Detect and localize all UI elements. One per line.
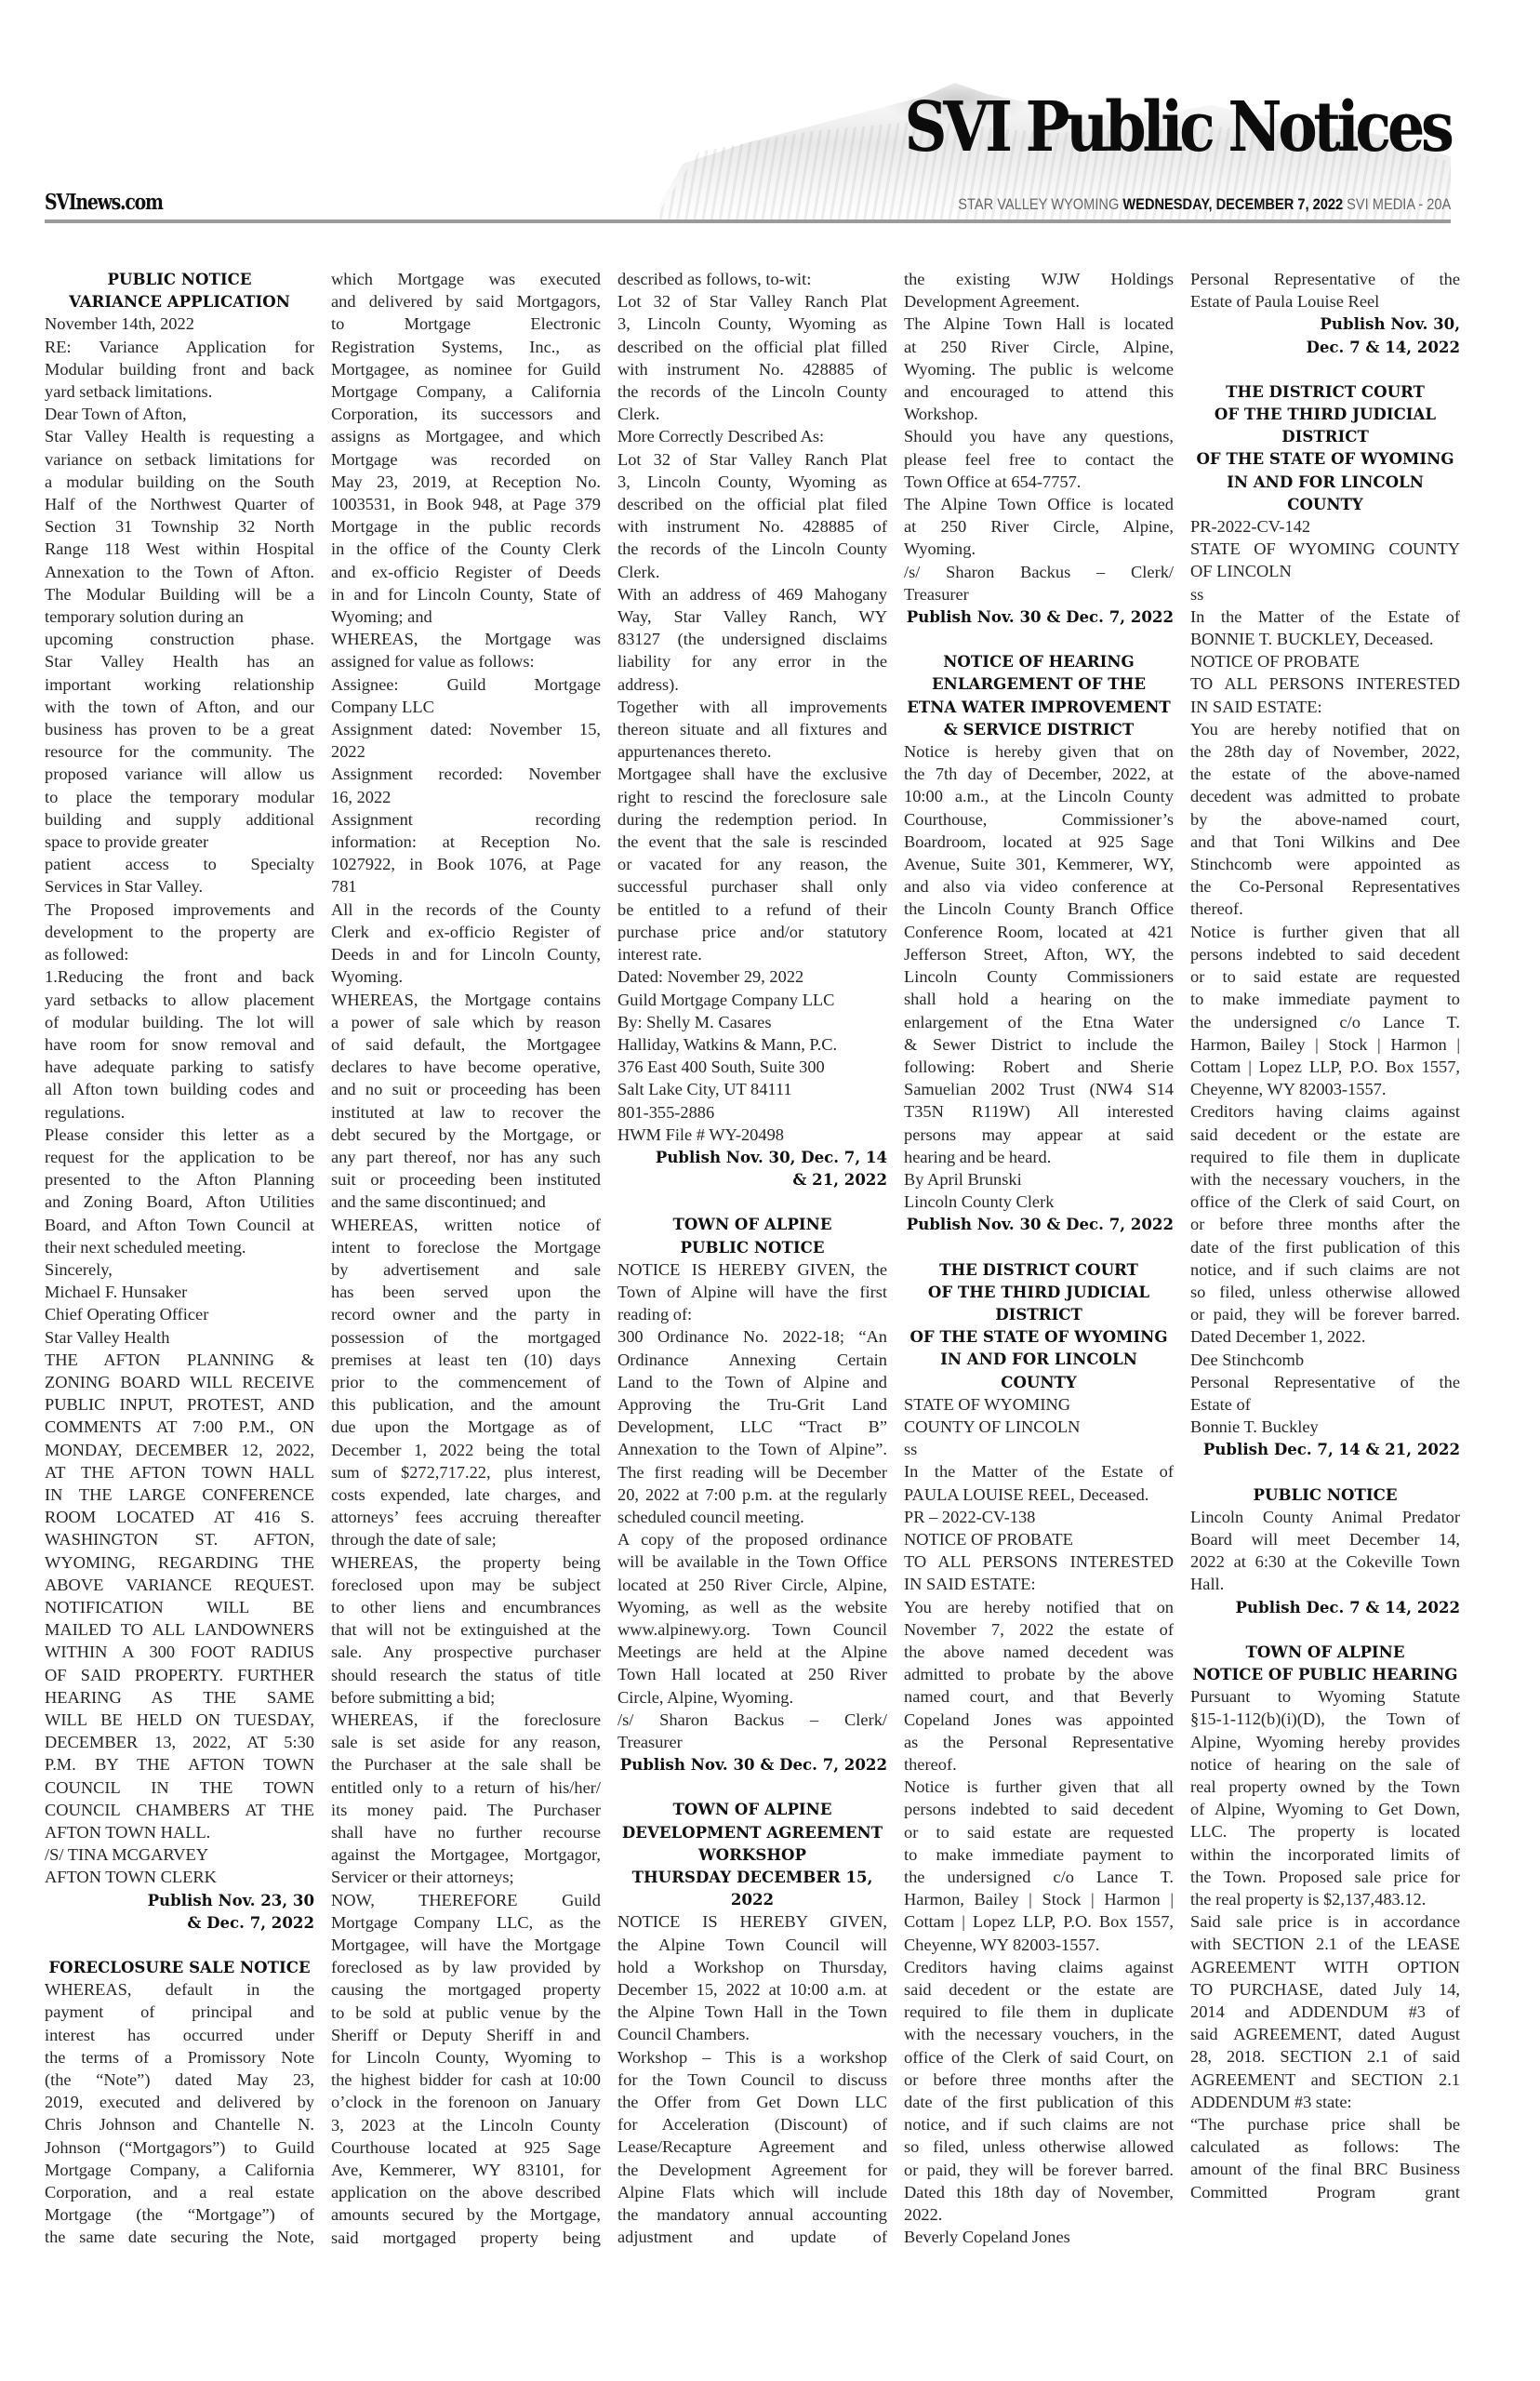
text-line: required to file them in duplicate [1190,1146,1460,1168]
text-line: date of the first publication of this [1190,1236,1460,1258]
notice-heading: PUBLIC NOTICE [1190,1483,1460,1506]
publish-line: Publish Nov. 30 & Dec. 7, 2022 [904,1213,1174,1235]
text-line: ss [904,1438,1174,1460]
text-line: the Purchaser at the sale shall be [331,1753,601,1776]
text-line: the real property is $2,137,483.12. [1190,1888,1460,1910]
text-line: Modular building front and back [45,358,314,380]
text-line: thereon situate and all fixtures and [617,718,887,740]
text-line: space to provide greater [45,831,314,853]
text-line: the 28th day of November, 2022, [1190,740,1460,763]
text-line: IN SAID ESTATE: [1190,696,1460,718]
text-line: “The purchase price shall be [1190,2113,1460,2135]
text-line: Lincoln County Animal Predator [1190,1506,1460,1528]
text-line: WHEREAS, default in the [45,1978,314,2001]
text-line: Said sale price is in accordance [1190,1910,1460,1933]
column-3: described as follows, to-wit:Lot 32 of S… [617,268,887,2248]
publish-dates: Publish Nov. 30, Dec. 7, 14& 21, 2022 [617,1146,887,1190]
text-line: and also via video conference at [904,875,1174,898]
notice-separator [1190,1618,1460,1641]
text-line: will be available in the Town Office [617,1550,887,1573]
masthead: SVI Public Notices SVInews.com STAR VALL… [0,0,1540,233]
text-line: MAILED TO ALL LANDOWNERS [45,1618,314,1641]
text-line: The first reading will be December [617,1461,887,1483]
text-line: Pursuant to Wyoming Statute [1190,1685,1460,1708]
text-line: within the incorporated limits of [1190,1843,1460,1866]
text-line: 28, 2018. SECTION 2.1 of said [1190,2045,1460,2068]
text-line: Development Agreement. [904,290,1174,313]
text-line: May 23, 2019, at Reception No. [331,471,601,493]
text-line: to place the temporary modular [45,786,314,808]
text-line: Courthouse located at 925 Sage [331,2136,601,2159]
publish-line: Publish Nov. 30 & Dec. 7, 2022 [617,1753,887,1776]
text-line: Range 118 West within Hospital [45,538,314,560]
text-line: Harmon, Bailey | Stock | Harmon | [904,1888,1174,1910]
text-line: the existing WJW Holdings [904,268,1174,290]
text-line: 20, 2022 at 7:00 p.m. at the regularly [617,1483,887,1506]
text-line: NOTICE OF PROBATE [904,1528,1174,1550]
column-4: the existing WJW HoldingsDevelopment Agr… [904,268,1174,2248]
heading-line: DEVELOPMENT AGREEMENT [617,1821,887,1843]
text-line: premises at least ten (10) days [331,1349,601,1371]
text-line: AGREEMENT WITH OPTION [1190,1956,1460,1978]
text-line: In the Matter of the Estate of [904,1460,1174,1483]
text-line: Dated: November 29, 2022 [617,965,887,988]
text-line: Company LLC [331,696,601,718]
publish-dates: Publish Nov. 23, 30& Dec. 7, 2022 [45,1889,314,1934]
text-line: Wyoming. The public is welcome [904,358,1174,380]
text-line: Mortgage Company, a California [331,380,601,403]
text-line: amounts secured by the Mortgage, [331,2203,601,2226]
text-line: (the “Note”) dated May 23, [45,2068,314,2091]
text-line: Chief Operating Officer [45,1303,314,1325]
heading-line: DISTRICT [1190,425,1460,447]
text-line: Cheyenne, WY 82003-1557. [1190,1078,1460,1100]
text-line: You are hereby notified that on [904,1596,1174,1618]
text-line: STATE OF WYOMING [904,1393,1174,1416]
text-line: with instrument No. 428885 of [617,515,887,538]
text-line: 3, 2023 at the Lincoln County [331,2114,601,2136]
text-line: the Alpine Town Hall in the Town [617,2001,887,2023]
text-line: or to said estate are requested [1190,965,1460,988]
text-line: November 14th, 2022 [45,313,314,335]
heading-line: IN AND FOR LINCOLN [904,1348,1174,1370]
text-line: OF LINCOLN [1190,560,1460,582]
text-line: Notice is further given that all [904,1776,1174,1798]
text-line: NOW, THEREFORE Guild [331,1889,601,1911]
text-line: right to rescind the foreclosure sale [617,786,887,808]
notice-body: Notice is hereby given that onthe 7th da… [904,740,1174,1213]
text-line: to make immediate payment to [904,1843,1174,1866]
publish-dates: Publish Dec. 7, 14 & 21, 2022 [1190,1438,1460,1460]
text-line: PAULA LOUISE REEL, Deceased. [904,1483,1174,1506]
text-line: Approving the Tru-Grit Land [617,1393,887,1416]
text-line: 300 Ordinance No. 2022-18; “An [617,1325,887,1348]
text-line: WITHIN A 300 FOOT RADIUS [45,1641,314,1663]
text-line: Treasurer [904,583,1174,605]
text-line: the undersigned c/o Lance T. [1190,1011,1460,1033]
text-line: required to file them in duplicate [904,2001,1174,2023]
text-line: OF SAID PROPERTY. FURTHER [45,1664,314,1686]
text-line: Committed Program grant [1190,2181,1460,2203]
text-line: and the same discontinued; and [331,1190,601,1213]
text-line: Wyoming; and [331,605,601,628]
text-line: Estate of [1190,1393,1460,1416]
text-line: interest rate. [617,943,887,965]
text-line: PR-2022-CV-142 [1190,515,1460,538]
text-line: the estate of the above-named [1190,763,1460,785]
text-line: STATE OF WYOMING COUNTY [1190,538,1460,560]
text-line: 3, Lincoln County, Wyoming as [617,471,887,493]
text-line: IN SAID ESTATE: [904,1573,1174,1595]
text-line: which Mortgage was executed [331,268,601,290]
text-line: with instrument No. 428885 of [617,358,887,380]
text-line: Board, and Afton Town Council at [45,1214,314,1236]
text-line: of modular building. The lot will [45,1011,314,1033]
text-line: Boardroom, located at 925 Sage [904,831,1174,853]
text-line: purchase price and/or statutory [617,921,887,943]
publish-dates: Publish Nov. 30 & Dec. 7, 2022 [904,605,1174,628]
dateline-date: WEDNESDAY, DECEMBER 7, 2022 [1122,195,1343,213]
notice-body: STATE OF WYOMINGCOUNTY OF LINCOLNssIn th… [904,1393,1174,2249]
text-line: Mortgage Company, a California [45,2159,314,2181]
heading-line: TOWN OF ALPINE [1190,1641,1460,1663]
text-line: Sheriff or Deputy Sheriff in and [331,2024,601,2046]
text-line: amount of the final BRC Business [1190,2158,1460,2180]
text-line: 1.Reducing the front and back [45,965,314,988]
text-line: Section 31 Township 32 North [45,515,314,538]
notices-columns: PUBLIC NOTICEVARIANCE APPLICATIONNovembe… [45,268,1462,2361]
heading-line: OF THE THIRD JUDICIAL [1190,403,1460,425]
text-line: notice, and if such claims are not [1190,1258,1460,1281]
text-line: /S/ TINA MCGARVEY [45,1843,314,1866]
text-line: NOTICE IS HEREBY GIVEN, [617,1910,887,1933]
heading-line: NOTICE OF PUBLIC HEARING [1190,1663,1460,1685]
text-line: by the above-named court, [1190,808,1460,831]
text-line: Servicer or their attorneys; [331,1866,601,1888]
heading-line: NOTICE OF HEARING [904,650,1174,672]
text-line: Wyoming, as well as the website [617,1596,887,1618]
text-line: of said default, the Mortgagee [331,1033,601,1056]
text-line: the mandatory annual accounting [617,2203,887,2226]
text-line: AFTON TOWN HALL. [45,1821,314,1843]
text-line: Half of the Northwest Quarter of [45,493,314,515]
text-line: date of the first publication of this [904,2091,1174,2113]
text-line: so filed, unless otherwise allowed [1190,1281,1460,1303]
text-line: With an address of 469 Mahogany [617,583,887,605]
text-line: development to the property are [45,921,314,943]
heading-line: THE DISTRICT COURT [1190,380,1460,403]
text-line: and Zoning Board, Afton Utilities [45,1190,314,1213]
text-line: WHEREAS, written notice of [331,1214,601,1236]
text-line: shall have no further recourse [331,1821,601,1843]
text-line: information: at Reception No. [331,831,601,853]
text-line: 2019, executed and delivered by [45,2091,314,2113]
text-line: Deeds in and for Lincoln County, [331,943,601,965]
notice-heading: THE DISTRICT COURTOF THE THIRD JUDICIALD… [1190,380,1460,515]
text-line: TO ALL PERSONS INTERESTED [1190,672,1460,695]
text-line: with the necessary vouchers, in the [904,2023,1174,2045]
text-line: Harmon, Bailey | Stock | Harmon | [1190,1033,1460,1056]
text-line: liability for any error in the [617,650,887,672]
text-line: office of the Clerk of said Court, on [1190,1190,1460,1213]
heading-line: TOWN OF ALPINE [617,1213,887,1235]
text-line: costs expended, late charges, and [331,1483,601,1506]
text-line: 376 East 400 South, Suite 300 [617,1056,887,1078]
text-line: 10:00 a.m., at the Lincoln County [904,785,1174,807]
text-line: Council Chambers. [617,2023,887,2045]
text-line: More Correctly Described As: [617,425,887,447]
text-line: WHEREAS, the Mortgage contains [331,989,601,1011]
heading-line: COUNTY [1190,493,1460,515]
text-line: 16, 2022 [331,786,601,808]
text-line: Courthouse, Commissioner’s [904,808,1174,831]
heading-line: & SERVICE DISTRICT [904,718,1174,740]
text-line: December 1, 2022 being the total [331,1439,601,1461]
text-line: request for the application to be [45,1146,314,1168]
heading-line: PUBLIC NOTICE [1190,1483,1460,1506]
heading-line: VARIANCE APPLICATION [45,290,314,313]
text-line: Meetings are held at the Alpine [617,1641,887,1663]
heading-line: FORECLOSURE SALE NOTICE [45,1956,314,1978]
text-line: and no suit or proceeding has been [331,1078,601,1100]
text-line: A copy of the proposed ordinance [617,1528,887,1550]
text-line: Mortgage (the “Mortgage”) of [45,2203,314,2226]
text-line: 1027922, in Book 1076, at Page [331,853,601,875]
text-line: or before three months after the [1190,1213,1460,1235]
text-line: BONNIE T. BUCKLEY, Deceased. [1190,628,1460,650]
text-line: and delivered by said Mortgagors, [331,290,601,313]
heading-line: IN AND FOR LINCOLN [1190,471,1460,493]
text-line: Clerk and ex-officio Register of [331,921,601,943]
notice-body: Pursuant to Wyoming Statute§15-1-112(b)(… [1190,1685,1460,2203]
text-line: the Development Agreement for [617,2159,887,2181]
text-line: Ordinance Annexing Certain [617,1349,887,1371]
text-line: PUBLIC INPUT, PROTEST, AND [45,1393,314,1416]
text-line: address). [617,673,887,696]
text-line: any part thereof, nor has any such [331,1146,601,1168]
text-line: T35N R119W) All interested [904,1100,1174,1123]
text-line: named court, and that Beverly [904,1685,1174,1708]
text-line: the records of the Lincoln County [617,380,887,403]
dateline-location: STAR VALLEY WYOMING [958,195,1122,213]
text-line: Wyoming. [904,538,1174,560]
text-line: causing the mortgaged property [331,1978,601,2001]
notice-heading: FORECLOSURE SALE NOTICE [45,1956,314,1978]
text-line: or vacated for any reason, the [617,853,887,875]
text-line: the 7th day of December, 2022, at [904,763,1174,785]
text-line: shall hold a hearing on the [904,988,1174,1010]
text-line: Workshop. [904,403,1174,425]
text-line: ABOVE VARIANCE REQUEST. [45,1574,314,1596]
text-line: the Offer from Get Down LLC [617,2091,887,2113]
text-line: ss [1190,583,1460,605]
text-line: a power of sale which by reason [331,1011,601,1033]
text-line: to make immediate payment to [1190,988,1460,1010]
publish-line: Dec. 7 & 14, 2022 [1190,336,1460,358]
text-line: Together with all improvements [617,696,887,718]
text-line: has been served upon the [331,1281,601,1303]
text-line: MONDAY, DECEMBER 12, 2022, [45,1439,314,1461]
text-line: Mortgagee, will have the Mortgage [331,1934,601,1956]
text-line: Wyoming. [331,965,601,988]
text-line: the Lincoln County Branch Office [904,898,1174,920]
text-line: Board will meet December 14, [1190,1528,1460,1550]
text-line: so filed, unless otherwise allowed [904,2135,1174,2158]
heading-line: WORKSHOP [617,1843,887,1866]
text-line: the Alpine Town Council will [617,1934,887,1956]
text-line: Mortgage was recorded on [331,448,601,471]
text-line: in and for Lincoln County, State of [331,583,601,605]
text-line: WHEREAS, the property being [331,1551,601,1574]
text-line: or paid, they will be forever barred. [904,2159,1174,2181]
text-line: to be sold at public venue by the [331,2002,601,2024]
publish-line: & 21, 2022 [617,1168,887,1190]
text-line: to Mortgage Electronic [331,313,601,335]
notice-body: WHEREAS, default in thepayment of princi… [45,1978,314,2248]
text-line: TO ALL PERSONS INTERESTED [904,1550,1174,1573]
text-line: Treasurer [617,1731,887,1753]
text-line: reading of: [617,1303,887,1325]
text-line: Way, Star Valley Ranch, WY [617,605,887,628]
header-rule [45,219,1451,223]
text-line: persons indebted to said decedent [904,1798,1174,1820]
text-line: 801-355-2886 [617,1101,887,1124]
text-line: at 250 River Circle, Alpine, [904,336,1174,358]
text-line: Town of Alpine will have the first [617,1281,887,1303]
text-line: temporary solution during an [45,605,314,628]
text-line: WYOMING, REGARDING THE [45,1551,314,1574]
publish-dates: Publish Nov. 30 & Dec. 7, 2022 [617,1753,887,1776]
text-line: 781 [331,875,601,898]
notice-body: Personal Representative of theEstate of … [1190,268,1460,313]
heading-line: THURSDAY DECEMBER 15, [617,1866,887,1888]
notice-body: described as follows, to-wit:Lot 32 of S… [617,268,887,1146]
heading-line: OF THE THIRD JUDICIAL [904,1281,1174,1303]
text-line: Assignment dated: November 15, [331,718,601,740]
text-line: said decedent or the estate are [904,1978,1174,2001]
text-line: & Sewer District to include the [904,1033,1174,1056]
text-line: The Alpine Town Office is located [904,493,1174,515]
notice-separator [1190,358,1460,380]
publish-dates: Publish Nov. 30,Dec. 7 & 14, 2022 [1190,313,1460,357]
text-line: Cottam | Lopez LLP, P.O. Box 1557, [904,1910,1174,1933]
text-line: December 15, 2022 at 10:00 a.m. at [617,1978,887,2001]
text-line: admitted to probate by the above [904,1663,1174,1685]
notice-separator [904,1236,1174,1258]
text-line: /s/ Sharon Backus – Clerk/ [617,1709,887,1731]
text-line: thereof. [1190,898,1460,920]
text-line: November 7, 2022 the estate of [904,1618,1174,1641]
text-line: Should you have any questions, [904,425,1174,447]
notice-heading: NOTICE OF HEARINGENLARGEMENT OF THEETNA … [904,650,1174,740]
notice-body: November 14th, 2022RE: Variance Applicat… [45,313,314,1888]
notice-body: Lincoln County Animal PredatorBoard will… [1190,1506,1460,1596]
notice-heading: THE DISTRICT COURTOF THE THIRD JUDICIALD… [904,1258,1174,1393]
text-line: Corporation, and a real estate [45,2181,314,2203]
text-line: assigned for value as follows: [331,650,601,672]
text-line: decedent was admitted to probate [1190,785,1460,807]
text-line: have adequate parking to satisfy [45,1056,314,1078]
text-line: ADDENDUM #3 state: [1190,2091,1460,2113]
dateline-page: SVI MEDIA - 20A [1343,195,1451,213]
heading-line: ETNA WATER IMPROVEMENT [904,696,1174,718]
text-line: AFTON TOWN CLERK [45,1866,314,1888]
text-line: Creditors having claims against [904,1956,1174,1978]
text-line: during the redemption period. In [617,808,887,831]
text-line: Assignee: Guild Mortgage [331,673,601,696]
text-line: said AGREEMENT, dated August [1190,2023,1460,2045]
text-line: patient access to Specialty [45,853,314,875]
text-line: the above named decedent was [904,1641,1174,1663]
notice-separator [904,628,1174,650]
text-line: Mortgagee, as nominee for Guild [331,358,601,380]
text-line: regulations. [45,1101,314,1124]
text-line: Samuelian 2002 Trust (NW4 S14 [904,1078,1174,1100]
text-line: Land to the Town of Alpine and [617,1371,887,1393]
text-line: with SECTION 2.1 of the LEASE [1190,1933,1460,1955]
text-line: Copeland Jones was appointed [904,1709,1174,1731]
text-line: as followed: [45,943,314,965]
text-line: Hall. [1190,1573,1460,1595]
text-line: said decedent or the estate are [1190,1124,1460,1146]
text-line: appurtenances thereto. [617,740,887,763]
text-line: By April Brunski [904,1168,1174,1190]
text-line: for Lincoln County, Wyoming to [331,2046,601,2068]
text-line: this publication, and the amount [331,1393,601,1416]
text-line: resource for the community. The [45,740,314,763]
text-line: Alpine, Wyoming hereby provides [1190,1731,1460,1753]
text-line: described on the official plat filed [617,493,887,515]
notice-separator [45,1934,314,1956]
site-link[interactable]: SVInews.com [45,190,163,215]
text-line: as the Personal Representative [904,1731,1174,1753]
text-line: yard setback limitations. [45,380,314,403]
text-line: through the date of sale; [331,1528,601,1550]
heading-line: PUBLIC NOTICE [45,268,314,290]
heading-line: THE DISTRICT COURT [904,1258,1174,1281]
text-line: foreclosed as by law provided by [331,1956,601,1978]
text-line: In the Matter of the Estate of [1190,605,1460,628]
text-line: or before three months after the [904,2068,1174,2091]
text-line: and ex-officio Register of Deeds [331,561,601,583]
text-line: the same date securing the Note, [45,2226,314,2248]
text-line: Lot 32 of Star Valley Ranch Plat [617,290,887,313]
text-line: and that Toni Wilkins and Dee [1190,831,1460,853]
text-line: the highest bidder for cash at 10:00 [331,2068,601,2091]
text-line: the undersigned c/o Lance T. [904,1866,1174,1888]
text-line: Notice is further given that all [1190,921,1460,943]
text-line: Chris Johnson and Chantelle N. [45,2113,314,2135]
text-line: COUNCIL IN THE TOWN [45,1776,314,1799]
text-line: record owner and the party in [331,1303,601,1325]
text-line: for Acceleration (Discount) of [617,2113,887,2135]
notice-body: NOTICE IS HEREBY GIVEN, theTown of Alpin… [617,1258,887,1753]
text-line: Lincoln County Commissioners [904,965,1174,988]
publish-line: Publish Dec. 7, 14 & 21, 2022 [1190,1438,1460,1460]
text-line: 2022. [904,2203,1174,2226]
page-title: SVI Public Notices [905,93,1451,162]
text-line: following: Robert and Sherie [904,1056,1174,1078]
text-line: their next scheduled meeting. [45,1236,314,1258]
text-line: hold a Workshop on Thursday, [617,1956,887,1978]
text-line: Mortgagee shall have the exclusive [617,763,887,785]
text-line: interest has occurred under [45,2024,314,2046]
text-line: You are hereby notified that on [1190,718,1460,740]
text-line: notice, and if such claims are not [904,2113,1174,2135]
text-line: should research the status of title [331,1664,601,1686]
text-line: office of the Clerk of said Court, on [904,2046,1174,2068]
text-line: Lease/Recapture Agreement and [617,2135,887,2158]
